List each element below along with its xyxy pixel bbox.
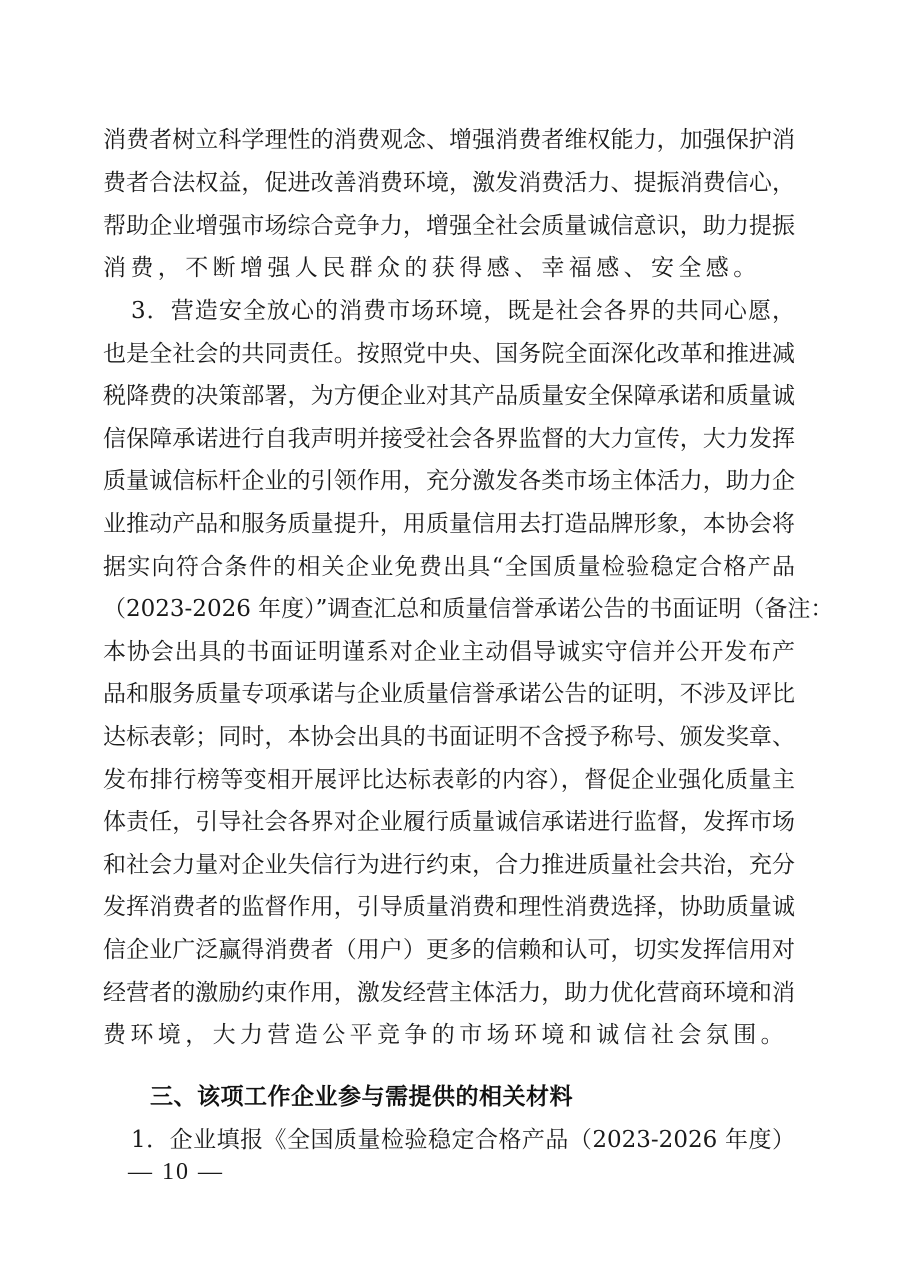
text-line: 本协会出具的书面证明谨系对企业主动倡导诚实守信并公开发布产 (103, 637, 795, 667)
text-line: 据实向符合条件的相关企业免费出具“全国质量检验稳定合格产品 (103, 552, 795, 582)
text-line: （2023-2026 年度）”调查汇总和质量信誉承诺公告的书面证明（备注： (103, 594, 795, 624)
text-line: 信保障承诺进行自我声明并接受社会各界监督的大力宣传，大力发挥 (103, 424, 795, 454)
text-line: 业推动产品和服务质量提升，用质量信用去打造品牌形象，本协会将 (103, 509, 795, 539)
text-line: 帮助企业增强市场综合竞争力，增强全社会质量诚信意识，助力提振 (103, 211, 795, 241)
text-line: 消费者树立科学理性的消费观念、增强消费者维权能力，加强保护消 (103, 125, 795, 155)
text-line: 消费，不断增强人民群众的获得感、幸福感、安全感。 (103, 253, 795, 283)
text-line: 品和服务质量专项承诺与企业质量信誉承诺公告的证明，不涉及评比 (103, 679, 795, 709)
section-heading: 三、该项工作企业参与需提供的相关材料 (150, 1081, 573, 1113)
text-line: 发挥消费者的监督作用，引导质量消费和理性消费选择，协助质量诚 (103, 892, 795, 922)
text-line: 费环境，大力营造公平竞争的市场环境和诚信社会氛围。 (103, 1020, 795, 1050)
list-item-1-text: 1．企业填报《全国质量检验稳定合格产品（2023-2026 年度） (131, 1125, 795, 1155)
text-line: 经营者的激励约束作用，激发经营主体活力，助力优化营商环境和消 (103, 978, 795, 1008)
text-line: 达标表彰；同时，本协会出具的书面证明不含授予称号、颁发奖章、 (103, 722, 795, 752)
document-page: 消费者树立科学理性的消费观念、增强消费者维权能力，加强保护消 费者合法权益，促进… (0, 0, 900, 1273)
text-line: 费者合法权益，促进改善消费环境，激发消费活力、提振消费信心， (103, 168, 795, 198)
page-number: — 10 — (128, 1158, 224, 1186)
text-line: 体责任，引导社会各界对企业履行质量诚信承诺进行监督，发挥市场 (103, 807, 795, 837)
text-line: 质量诚信标杆企业的引领作用，充分激发各类市场主体活力，助力企 (103, 466, 795, 496)
text-line: 信企业广泛赢得消费者（用户）更多的信赖和认可，切实发挥信用对 (103, 935, 795, 965)
text-line: 和社会力量对企业失信行为进行约束，合力推进质量社会共治，充分 (103, 850, 795, 880)
text-line: 3．营造安全放心的消费市场环境，既是社会各界的共同心愿， (131, 296, 795, 326)
text-line: 税降费的决策部署，为方便企业对其产品质量安全保障承诺和质量诚 (103, 381, 795, 411)
text-line: 发布排行榜等变相开展评比达标表彰的内容），督促企业强化质量主 (103, 765, 795, 795)
text-line: 也是全社会的共同责任。按照党中央、国务院全面深化改革和推进减 (103, 339, 795, 369)
